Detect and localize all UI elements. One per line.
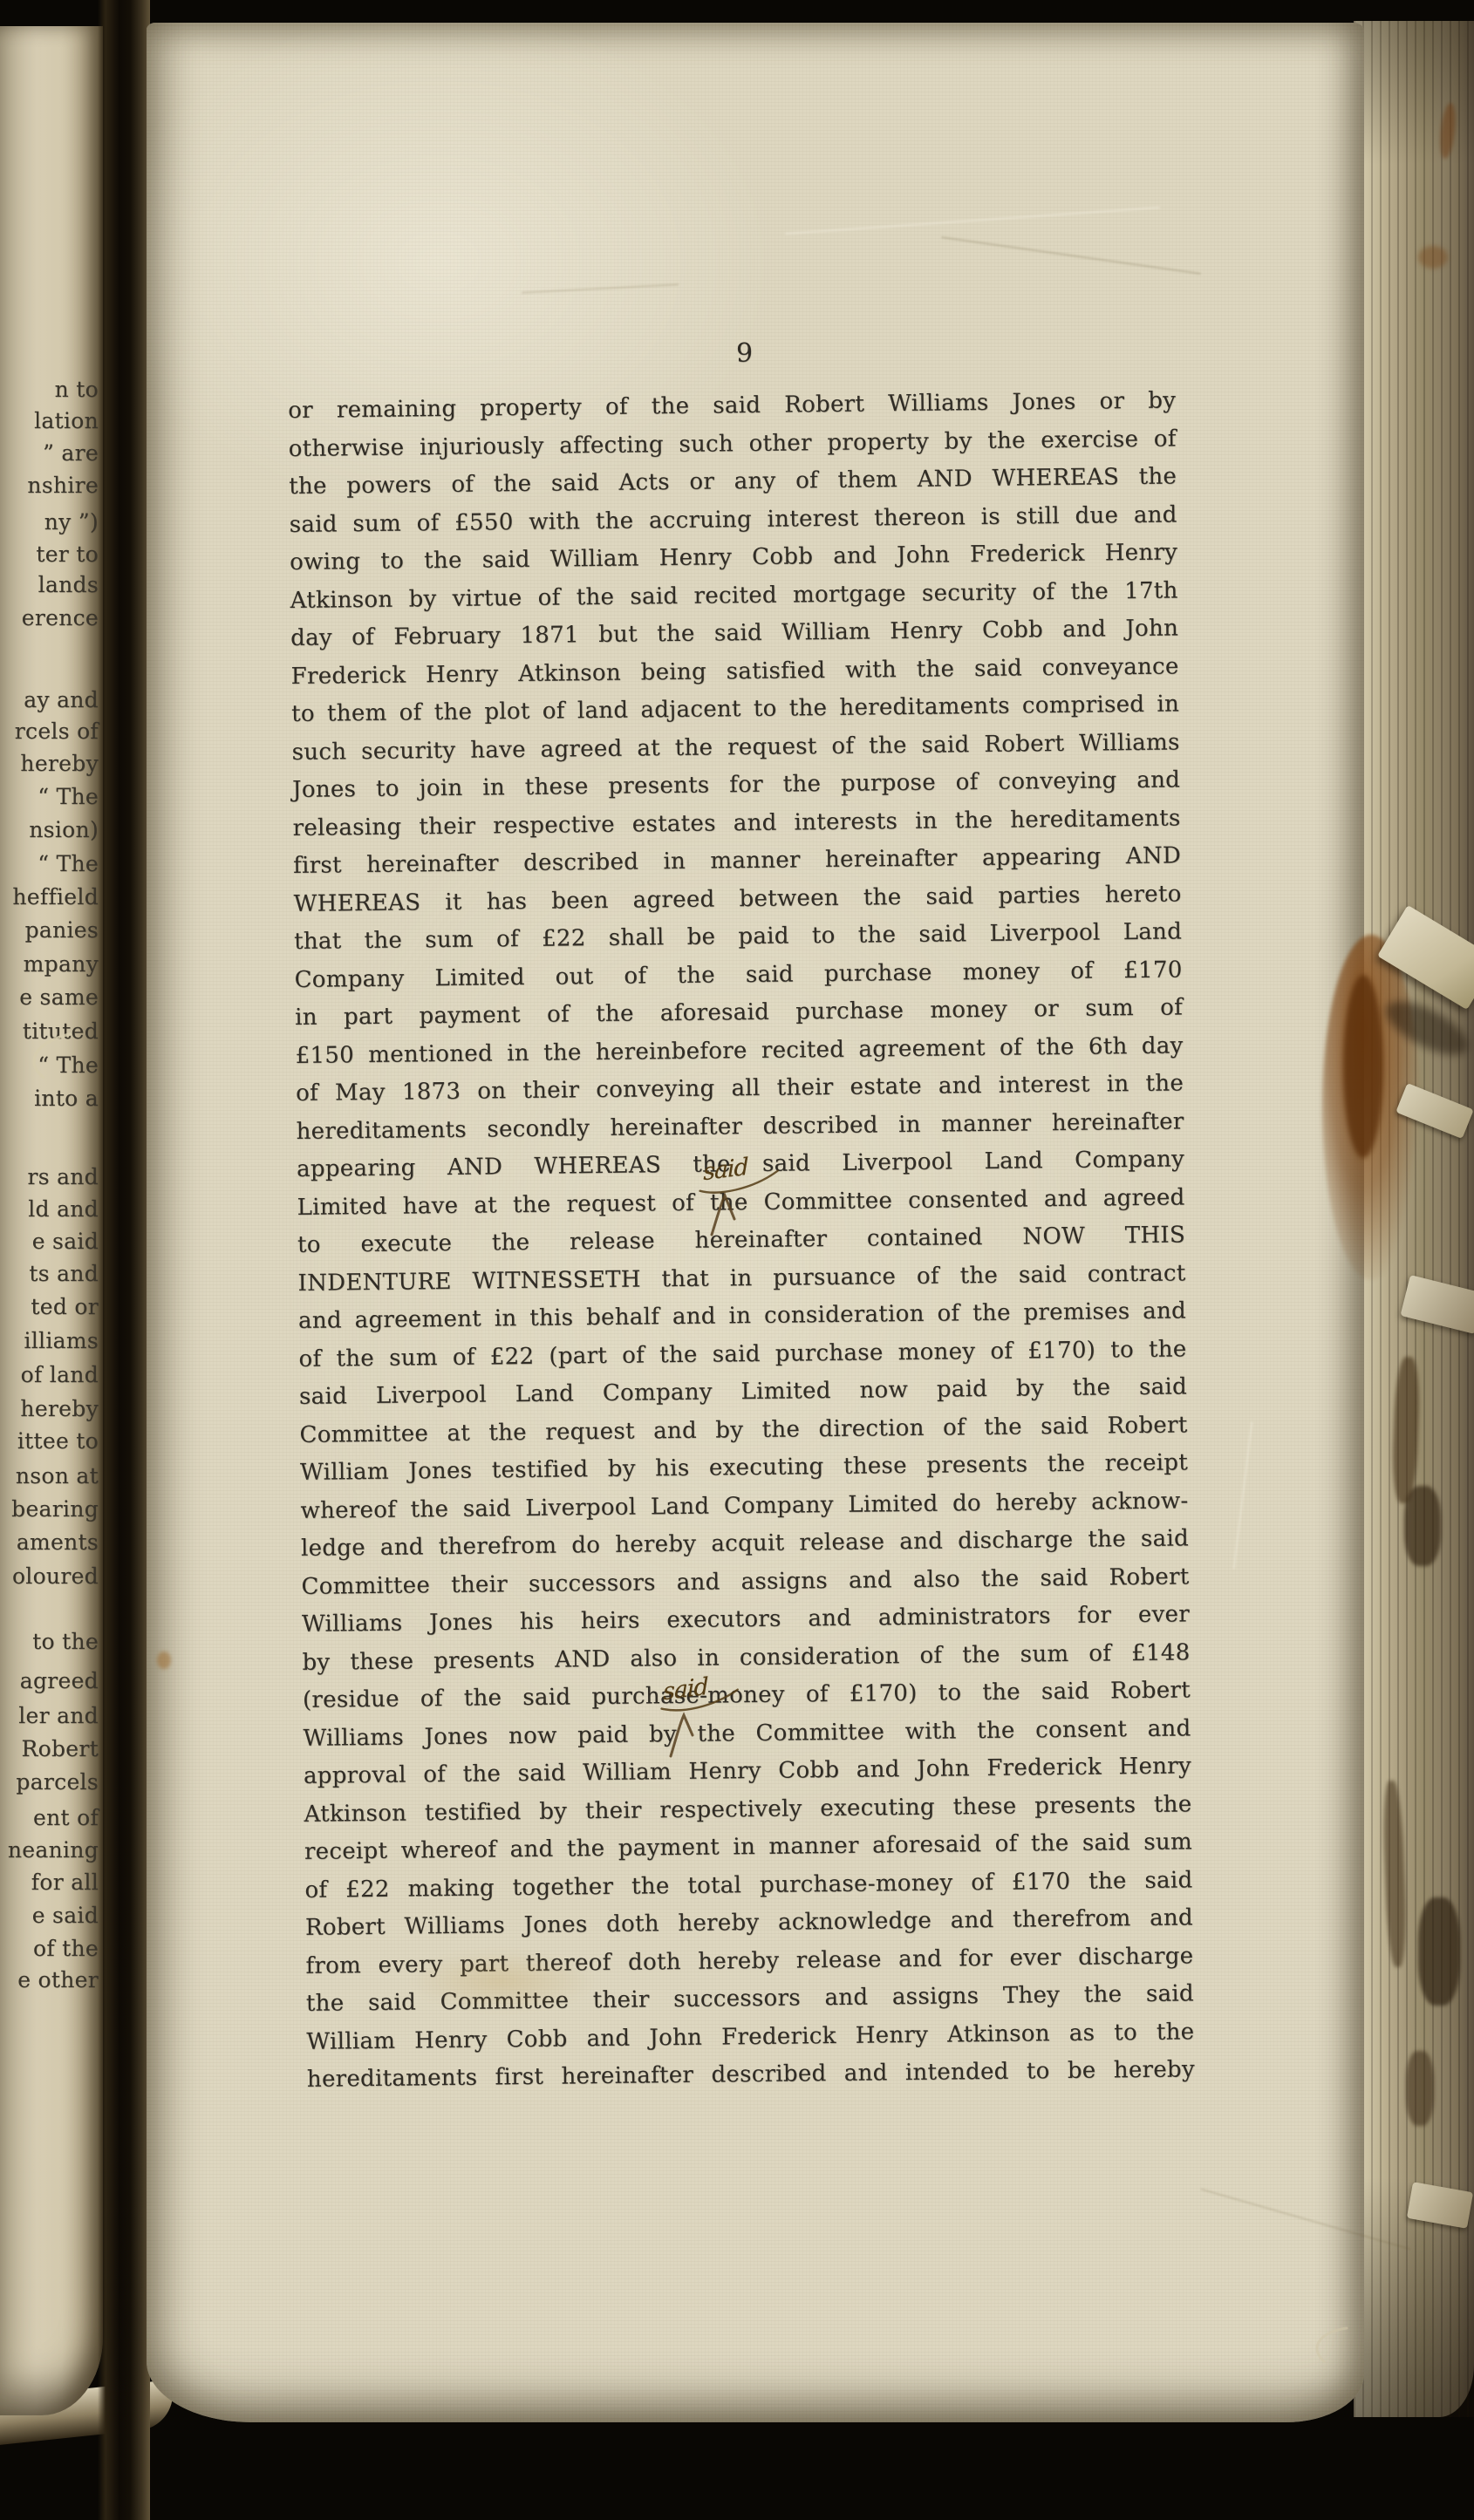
book-gutter <box>98 0 150 2520</box>
margin-text-fragment: panies <box>25 917 99 943</box>
margin-text-fragment: ld and <box>28 1196 99 1222</box>
margin-text-fragment: erence <box>22 605 99 630</box>
margin-text-fragment: nson at <box>16 1463 99 1488</box>
margin-text-fragment: aments <box>17 1529 99 1555</box>
margin-text-fragment: mpany <box>24 951 99 977</box>
margin-text-fragment: heffield <box>12 884 99 909</box>
page-edges <box>1354 21 1474 2417</box>
margin-text-fragment: tituted <box>23 1018 99 1044</box>
margin-text-fragment: of land <box>21 1362 99 1387</box>
margin-text-fragment: nsion) <box>29 817 99 842</box>
margin-text-fragment: “ The <box>38 851 99 876</box>
page-edge-shading <box>1354 21 1474 2417</box>
margin-text-fragment: ler and <box>18 1703 99 1728</box>
margin-text-fragment: ittee to <box>17 1428 99 1454</box>
margin-text-fragment: Robert <box>22 1736 99 1761</box>
margin-text-fragment: “ The <box>38 784 99 809</box>
document-page: 9 or remaining property of the said Robe… <box>147 23 1364 2422</box>
previous-page-fragments: n tolation” arenshireny ”)ter tolandsere… <box>0 0 103 2520</box>
margin-text-fragment: into a <box>34 1086 99 1111</box>
margin-text-fragment: lands <box>38 572 99 597</box>
margin-text-fragment: e said <box>32 1903 99 1928</box>
margin-text-fragment: e said <box>32 1229 99 1254</box>
document-text: or remaining property of the said Robert… <box>288 382 1195 2099</box>
margin-text-fragment: “ The <box>38 1052 99 1078</box>
margin-text-fragment: to the <box>32 1629 99 1654</box>
margin-text-fragment: e other <box>17 1967 99 1992</box>
margin-text-fragment: oloured <box>12 1563 99 1589</box>
margin-text-fragment: n to <box>55 377 99 402</box>
margin-text-fragment: ted or <box>31 1294 99 1319</box>
margin-text-fragment: ts and <box>29 1261 99 1286</box>
margin-text-fragment: for all <box>31 1870 99 1895</box>
margin-text-fragment: neaning <box>8 1837 99 1863</box>
margin-text-fragment: of the <box>33 1936 99 1961</box>
margin-text-fragment: e same <box>19 984 99 1010</box>
page-number: 9 <box>736 338 753 369</box>
margin-text-fragment: nshire <box>27 473 99 498</box>
margin-text-fragment: hereby <box>20 751 99 776</box>
margin-text-fragment: ny ”) <box>44 509 99 535</box>
margin-text-fragment: rs and <box>27 1164 99 1189</box>
margin-text-fragment: hereby <box>20 1396 99 1421</box>
margin-text-fragment: ter to <box>36 541 99 567</box>
margin-text-fragment: parcels <box>16 1769 99 1795</box>
book-scan: n tolation” arenshireny ”)ter tolandsere… <box>0 0 1474 2520</box>
margin-text-fragment: ay and <box>24 687 99 712</box>
margin-text-fragment: ent of <box>33 1805 99 1830</box>
margin-text-fragment: illiams <box>24 1328 99 1353</box>
margin-text-fragment: rcels of <box>15 719 99 744</box>
margin-text-fragment: ” are <box>43 440 99 466</box>
margin-text-fragment: agreed <box>20 1668 99 1693</box>
margin-text-fragment: lation <box>34 408 99 433</box>
margin-text-fragment: bearing <box>11 1496 99 1522</box>
